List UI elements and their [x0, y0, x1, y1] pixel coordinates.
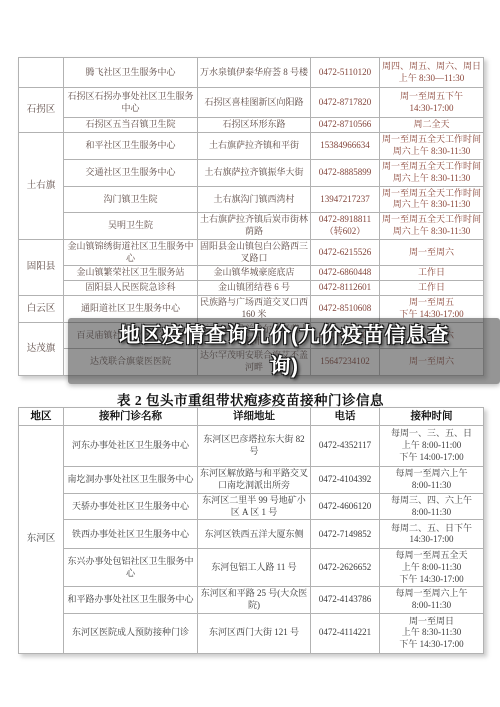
region-cell: 土右旗	[19, 132, 64, 239]
time-line: 上午 8:00-11:00	[382, 440, 481, 452]
table2-caption: 表 2 包头市重组带状疱疹疫苗接种门诊信息	[18, 389, 483, 409]
table-row: 天骄办事处社区卫生服务中心东河区二里半 99 号地矿小区 A 区 1 号0472…	[19, 494, 484, 520]
time-line: 下午 14:30-17:00	[382, 639, 481, 651]
address-cell: 东河区和平路 25 号(大众医院)	[198, 587, 311, 613]
time-cell: 每周一至周六上午8:00-11:30	[380, 587, 484, 613]
time-cell: 周一至周五全天工作时间周六上午 8:30-11:30	[380, 132, 484, 159]
time-line: 每周二、五、日下午	[382, 523, 481, 535]
time-line: 工作日	[382, 282, 481, 294]
address-cell: 东河区二里半 99 号地矿小区 A 区 1 号	[198, 494, 311, 520]
column-header: 接种门诊名称	[64, 408, 198, 426]
time-line: 14:30-17:00	[382, 534, 481, 546]
time-line: 周一至周日	[382, 616, 481, 628]
clinic-name-cell: 河东办事处社区卫生服务中心	[64, 426, 198, 467]
time-line: 14:30-17:00	[382, 103, 481, 115]
table-row: 金山镇繁荣社区卫生服务站金山镇华城豪庭底店0472-6860448工作日	[19, 266, 484, 281]
time-line: 每周三、四、六上午	[382, 495, 481, 507]
address-cell: 固阳县金山镇包白公路西三叉路口	[198, 240, 311, 266]
clinic-name-cell: 吴明卫生院	[64, 213, 198, 240]
column-header: 地区	[19, 408, 64, 426]
address-cell: 东河区巴彦塔拉东大街 82 号	[198, 426, 311, 467]
address-cell: 东河区铁西五洋大厦东侧	[198, 520, 311, 549]
time-cell: 周一至周五全天工作时间周六上午 8:30-11:30	[380, 213, 484, 240]
table-row: 东兴办事处包铝社区卫生服务中心东河包铝工人路 11 号0472-2626652每…	[19, 549, 484, 587]
column-header: 接种时间	[380, 408, 484, 426]
time-line: 周六上午 8:30-11:30	[382, 146, 481, 158]
clinic-name-cell: 交通社区卫生服务中心	[64, 159, 198, 186]
time-line: 周一至周五下午	[382, 91, 481, 103]
table-row: 南圪洞办事处社区卫生服务中心东河区解放路与和平路交叉口南圪洞派出所旁0472-4…	[19, 467, 484, 494]
region-cell: 石拐区	[19, 88, 64, 133]
title-overlay: 地区疫情查询九价(九价疫苗信息查 询)	[68, 318, 500, 384]
time-line: 8:00-11:30	[382, 480, 481, 492]
phone-cell: 0472-7149852	[311, 520, 380, 549]
phone-cell: 0472-8885899	[311, 159, 380, 186]
time-cell: 工作日	[380, 266, 484, 281]
clinic-name-cell: 天骄办事处社区卫生服务中心	[64, 494, 198, 520]
clinic-name-cell: 和平路办事处社区卫生服务中心	[64, 587, 198, 613]
page-title-line2: 询)	[270, 351, 299, 382]
time-line: 周一至周五	[382, 297, 481, 309]
time-cell: 每周二、五、日下午14:30-17:00	[380, 520, 484, 549]
column-header: 详细地址	[198, 408, 311, 426]
table-row: 固阳县金山镇锦绣街道社区卫生服务中心固阳县金山镇包白公路西三叉路口0472-62…	[19, 240, 484, 266]
phone-cell: 0472-6215526	[311, 240, 380, 266]
time-line: 每周一至周五全天	[382, 550, 481, 562]
phone-cell: 0472-8112601	[311, 281, 380, 296]
time-line: 每周一至周六上午	[382, 468, 481, 480]
address-cell: 土右旗萨拉齐镇振华大街	[198, 159, 311, 186]
phone-cell: 13947217237	[311, 186, 380, 212]
time-line: 上午 8:00-11:30	[382, 562, 481, 574]
phone-cell: 0472-8717820	[311, 88, 380, 118]
table-row: 交通社区卫生服务中心土右旗萨拉齐镇振华大街0472-8885899周一至周五全天…	[19, 159, 484, 186]
table-row: 石拐区五当召镇卫生院石拐区环形东路0472-8710566周二全天	[19, 118, 484, 133]
phone-cell: 0472-4352117	[311, 426, 380, 467]
phone-cell: 0472-2626652	[311, 549, 380, 587]
phone-cell: 0472-8918811（转602）	[311, 213, 380, 240]
time-cell: 周一至周日上午 8:30-11:30下午 14:30-17:00	[380, 613, 484, 653]
time-line: 周二全天	[382, 119, 481, 131]
phone-cell: 15384966634	[311, 132, 380, 159]
time-line: 每周一、三、五、日	[382, 428, 481, 440]
clinic-name-cell: 和平社区卫生服务中心	[64, 132, 198, 159]
table-row: 沟门镇卫生院土右旗沟门镇西湾村13947217237周一至周五全天工作时间周六上…	[19, 186, 484, 212]
phone-cell: 0472-8710566	[311, 118, 380, 133]
address-cell: 东河包铝工人路 11 号	[198, 549, 311, 587]
time-line: 上午 8:30-11:30	[382, 627, 481, 639]
clinic-name-cell: 沟门镇卫生院	[64, 186, 198, 212]
address-cell: 万水泉镇伊泰华府荟 8 号楼	[198, 58, 311, 88]
column-header: 电话	[311, 408, 380, 426]
table-row: 和平路办事处社区卫生服务中心东河区和平路 25 号(大众医院)0472-4143…	[19, 587, 484, 613]
time-line: 8:00-11:30	[382, 507, 481, 519]
phone-cell: 0472-4606120	[311, 494, 380, 520]
time-line: 周一至周六	[382, 247, 481, 259]
time-line: 周四、周五、周六、周日	[382, 61, 481, 73]
time-line: 上午 8:30—11:30	[382, 73, 481, 85]
time-line: 工作日	[382, 267, 481, 279]
clinic-table-shingles: 地区接种门诊名称详细地址电话接种时间 东河区河东办事处社区卫生服务中心东河区巴彦…	[18, 407, 484, 654]
clinic-name-cell: 石拐区五当召镇卫生院	[64, 118, 198, 133]
time-line: 下午 14:30-17:00	[382, 574, 481, 586]
table-header-row: 地区接种门诊名称详细地址电话接种时间	[19, 408, 484, 426]
page-title-line1: 地区疫情查询九价(九价疫苗信息查	[119, 320, 449, 351]
time-cell: 周一至周五全天工作时间周六上午 8:30-11:30	[380, 159, 484, 186]
clinic-name-cell: 固阳县人民医院急诊科	[64, 281, 198, 296]
region-cell: 固阳县	[19, 240, 64, 296]
document-page: 腾飞社区卫生服务中心万水泉镇伊泰华府荟 8 号楼0472-5110120周四、周…	[0, 0, 500, 707]
time-line: 周一至周五全天工作时间	[382, 134, 481, 146]
address-cell: 东河区西门大街 121 号	[198, 613, 311, 653]
clinic-name-cell: 东河区医院成人预防接种门诊	[64, 613, 198, 653]
address-cell: 金山镇团结巷 6 号	[198, 281, 311, 296]
table-row: 腾飞社区卫生服务中心万水泉镇伊泰华府荟 8 号楼0472-5110120周四、周…	[19, 58, 484, 88]
phone-cell: 0472-6860448	[311, 266, 380, 281]
address-cell: 金山镇华城豪庭底店	[198, 266, 311, 281]
address-cell: 土右旗沟门镇西湾村	[198, 186, 311, 212]
table-row: 土右旗和平社区卫生服务中心土右旗萨拉齐镇和平街15384966634周一至周五全…	[19, 132, 484, 159]
time-line: 周一至周五全天工作时间	[382, 214, 481, 226]
region-cell: 达茂旗	[19, 322, 64, 375]
address-cell: 土右旗萨拉齐镇后炭市街林荫路	[198, 213, 311, 240]
clinic-name-cell: 腾飞社区卫生服务中心	[64, 58, 198, 88]
time-cell: 周四、周五、周六、周日上午 8:30—11:30	[380, 58, 484, 88]
time-line: 下午 14:00-17:00	[382, 452, 481, 464]
address-cell: 东河区解放路与和平路交叉口南圪洞派出所旁	[198, 467, 311, 494]
time-cell: 工作日	[380, 281, 484, 296]
time-line: 周六上午 8:30-11:30	[382, 199, 481, 211]
time-cell: 每周一至周六上午8:00-11:30	[380, 467, 484, 494]
clinic-name-cell: 石拐区石拐办事处社区卫生服务中心	[64, 88, 198, 118]
address-cell: 石拐区环形东路	[198, 118, 311, 133]
table-row: 吴明卫生院土右旗萨拉齐镇后炭市街林荫路0472-8918811（转602）周一至…	[19, 213, 484, 240]
time-cell: 周一至周五下午14:30-17:00	[380, 88, 484, 118]
phone-cell: 0472-4114221	[311, 613, 380, 653]
table-row: 东河区医院成人预防接种门诊东河区西门大街 121 号0472-4114221周一…	[19, 613, 484, 653]
table-row: 固阳县人民医院急诊科金山镇团结巷 6 号0472-8112601工作日	[19, 281, 484, 296]
clinic-name-cell: 铁西办事处社区卫生服务中心	[64, 520, 198, 549]
time-line: 周一至周五全天工作时间	[382, 188, 481, 200]
time-cell: 每周三、四、六上午8:00-11:30	[380, 494, 484, 520]
phone-cell: 0472-4104392	[311, 467, 380, 494]
table-row: 铁西办事处社区卫生服务中心东河区铁西五洋大厦东侧0472-7149852每周二、…	[19, 520, 484, 549]
phone-cell: 0472-5110120	[311, 58, 380, 88]
clinic-name-cell: 金山镇锦绣街道社区卫生服务中心	[64, 240, 198, 266]
clinic-name-cell: 金山镇繁荣社区卫生服务站	[64, 266, 198, 281]
region-cell: 东河区	[19, 426, 64, 654]
address-cell: 石拐区喜桂图新区向阳路	[198, 88, 311, 118]
time-line: 8:00-11:30	[382, 600, 481, 612]
time-line: 每周一至周六上午	[382, 588, 481, 600]
clinic-name-cell: 东兴办事处包铝社区卫生服务中心	[64, 549, 198, 587]
time-line: 周一至周五全天工作时间	[382, 161, 481, 173]
time-cell: 周一至周六	[380, 240, 484, 266]
time-cell: 每周一至周五全天上午 8:00-11:30下午 14:30-17:00	[380, 549, 484, 587]
region-cell	[19, 58, 64, 88]
time-line: 周六上午 8:30-11:30	[382, 173, 481, 185]
time-line: 周六上午 8:30-11:30	[382, 226, 481, 238]
time-cell: 周二全天	[380, 118, 484, 133]
address-cell: 土右旗萨拉齐镇和平街	[198, 132, 311, 159]
region-cell: 白云区	[19, 295, 64, 322]
time-cell: 周一至周五全天工作时间周六上午 8:30-11:30	[380, 186, 484, 212]
table-row: 东河区河东办事处社区卫生服务中心东河区巴彦塔拉东大街 82 号0472-4352…	[19, 426, 484, 467]
time-cell: 每周一、三、五、日上午 8:00-11:00下午 14:00-17:00	[380, 426, 484, 467]
phone-cell: 0472-4143786	[311, 587, 380, 613]
table-row: 石拐区石拐区石拐办事处社区卫生服务中心石拐区喜桂图新区向阳路0472-87178…	[19, 88, 484, 118]
clinic-name-cell: 南圪洞办事处社区卫生服务中心	[64, 467, 198, 494]
